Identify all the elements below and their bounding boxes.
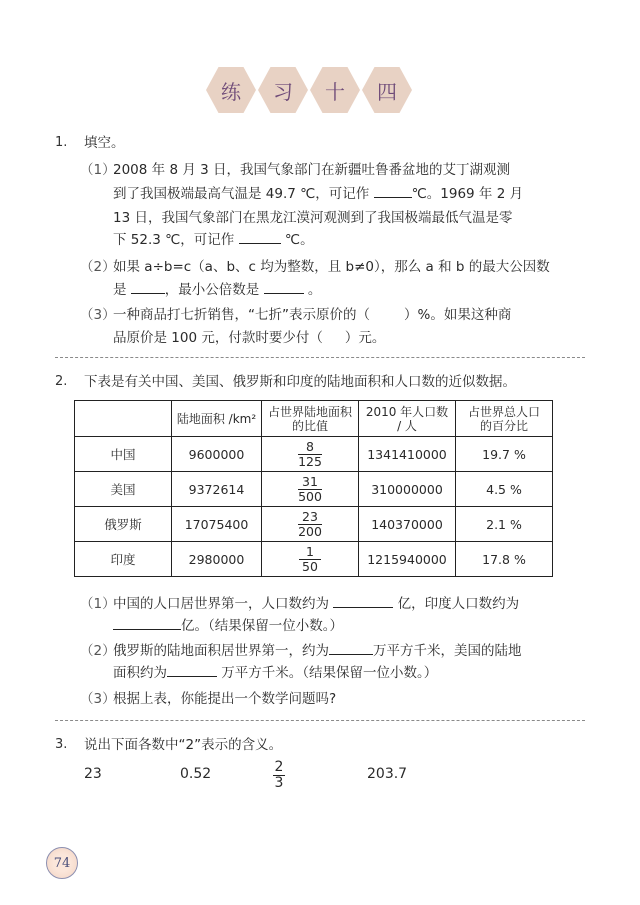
- fraction: 2 3: [273, 760, 285, 791]
- section-divider: [55, 357, 585, 358]
- question-text: 一种商品打七折销售，“七折”表示原价的（）%。如果这种商: [113, 304, 511, 326]
- ratio-cell: 8125: [262, 437, 359, 472]
- country-cell: 中国: [75, 437, 172, 472]
- country-cell: 美国: [75, 472, 172, 507]
- sub-question-label: （2）: [80, 256, 116, 278]
- numerator: 1: [306, 545, 314, 559]
- question-text: 到了我国极端最高气温是 49.7 ℃，可记作 ℃。1969 年 2 月: [113, 183, 523, 205]
- section-divider: [55, 720, 585, 721]
- number-item: 0.52: [180, 766, 211, 782]
- numerator: 8: [306, 440, 314, 454]
- sub-question-label: （1）: [80, 593, 116, 615]
- numerator: 23: [302, 510, 318, 524]
- header-text: / 人: [397, 419, 417, 433]
- ratio-cell: 150: [262, 542, 359, 577]
- fraction: 31500: [298, 475, 322, 504]
- question-prompt: 说出下面各数中“2”表示的含义。: [84, 734, 282, 756]
- header-text: 2010 年人口数: [366, 405, 448, 419]
- text-segment: ℃。: [285, 232, 314, 248]
- area-cell: 9372614: [172, 472, 262, 507]
- question-text: 面积约为 万平方千米。（结果保留一位小数。）: [113, 662, 437, 684]
- table-header-cell: 占世界陆地面积的比值: [262, 401, 359, 437]
- answer-blank[interactable]: [374, 183, 412, 198]
- question-text: 2008 年 8 月 3 日，我国气象部门在新疆吐鲁番盆地的艾丁湖观测: [113, 159, 510, 181]
- denominator: 200: [298, 525, 322, 539]
- percent-cell: 4.5 %: [456, 472, 553, 507]
- question-text: 下 52.3 ℃，可记作 ℃。: [113, 229, 314, 251]
- table-header-cell: 占世界总人口的百分比: [456, 401, 553, 437]
- population-cell: 1341410000: [359, 437, 456, 472]
- fraction: 8125: [298, 440, 322, 469]
- title-hexagon: 练: [206, 67, 256, 113]
- title-hexagon: 习: [258, 67, 308, 113]
- area-cell: 2980000: [172, 542, 262, 577]
- question-number: 3.: [55, 737, 67, 752]
- text-segment: 万平方千米，美国的陆地: [373, 643, 522, 659]
- text-segment: ）%。如果这种商: [404, 307, 511, 323]
- question-text: 中国的人口居世界第一，人口数约为 亿，印度人口数约为: [113, 593, 519, 615]
- text-segment: ，最小公倍数是: [165, 282, 260, 298]
- sub-question-label: （2）: [80, 640, 116, 662]
- question-text: 俄罗斯的陆地面积居世界第一，约为万平方千米，美国的陆地: [113, 640, 522, 662]
- population-cell: 140370000: [359, 507, 456, 542]
- country-cell: 印度: [75, 542, 172, 577]
- table-row: 俄罗斯 17075400 23200 140370000 2.1 %: [75, 507, 553, 542]
- question-text: 品原价是 100 元，付款时要少付（）元。: [113, 327, 385, 349]
- question-text: 13 日，我国气象部门在黑龙江漠河观测到了我国极端最低气温是零: [113, 207, 512, 229]
- text-segment: 亿。（结果保留一位小数。）: [181, 618, 343, 634]
- header-text: 占世界陆地面积: [268, 405, 352, 419]
- table-header-cell: 陆地面积 /km²: [172, 401, 262, 437]
- table-header-cell: [75, 401, 172, 437]
- question-number: 2.: [55, 374, 67, 389]
- sub-question-label: （3）: [80, 304, 116, 326]
- answer-blank[interactable]: [167, 662, 217, 677]
- text-segment: 到了我国极端最高气温是 49.7 ℃，可记作: [113, 186, 369, 202]
- question-prompt: 下表是有关中国、美国、俄罗斯和印度的陆地面积和人口数的近似数据。: [84, 371, 516, 393]
- title-hexagon: 十: [310, 67, 360, 113]
- text-segment: 俄罗斯的陆地面积居世界第一，约为: [113, 643, 329, 659]
- header-text: 占世界总人口: [468, 405, 540, 419]
- percent-cell: 19.7 %: [456, 437, 553, 472]
- question-prompt: 填空。: [84, 132, 125, 154]
- text-segment: 一种商品打七折销售，“七折”表示原价的（: [113, 307, 370, 323]
- country-cell: 俄罗斯: [75, 507, 172, 542]
- sub-question-label: （1）: [80, 159, 116, 181]
- population-cell: 310000000: [359, 472, 456, 507]
- question-text: 如果 a÷b=c（a、b、c 均为整数，且 b≠0），那么 a 和 b 的最大公…: [113, 256, 550, 278]
- question-text: 根据上表，你能提出一个数学问题吗?: [113, 688, 336, 710]
- answer-blank[interactable]: [131, 279, 165, 294]
- answer-blank[interactable]: [264, 279, 304, 294]
- denominator: 3: [275, 776, 284, 791]
- fraction: 150: [299, 545, 321, 574]
- table-row: 印度 2980000 150 1215940000 17.8 %: [75, 542, 553, 577]
- denominator: 50: [302, 560, 318, 574]
- ratio-cell: 23200: [262, 507, 359, 542]
- table-header-cell: 2010 年人口数/ 人: [359, 401, 456, 437]
- area-cell: 9600000: [172, 437, 262, 472]
- text-segment: 。: [308, 282, 322, 298]
- text-segment: ）元。: [345, 330, 386, 346]
- table-row: 中国 9600000 8125 1341410000 19.7 %: [75, 437, 553, 472]
- area-cell: 17075400: [172, 507, 262, 542]
- text-segment: 是: [113, 282, 127, 298]
- number-item: 23: [84, 766, 102, 782]
- numerator: 31: [302, 475, 318, 489]
- text-segment: 面积约为: [113, 665, 167, 681]
- answer-blank[interactable]: [239, 229, 281, 244]
- page-number-badge: 74: [46, 847, 78, 879]
- sub-question-label: （3）: [80, 688, 116, 710]
- question-number: 1.: [55, 135, 67, 150]
- numerator: 2: [275, 760, 284, 775]
- table-row: 美国 9372614 31500 310000000 4.5 %: [75, 472, 553, 507]
- denominator: 500: [298, 490, 322, 504]
- text-segment: 万平方千米。（结果保留一位小数。）: [221, 665, 437, 681]
- answer-blank[interactable]: [329, 640, 373, 655]
- fraction: 23200: [298, 510, 322, 539]
- ratio-cell: 31500: [262, 472, 359, 507]
- answer-blank[interactable]: [113, 615, 181, 630]
- text-segment: 品原价是 100 元，付款时要少付（: [113, 330, 323, 346]
- text-segment: ℃。1969 年 2 月: [412, 186, 523, 202]
- answer-blank[interactable]: [333, 593, 393, 608]
- header-text: 的百分比: [480, 419, 528, 433]
- header-text: 陆地面积 /km²: [177, 412, 256, 426]
- number-item: 203.7: [367, 766, 407, 782]
- text-segment: 中国的人口居世界第一，人口数约为: [113, 596, 329, 612]
- text-segment: 下 52.3 ℃，可记作: [113, 232, 234, 248]
- percent-cell: 17.8 %: [456, 542, 553, 577]
- data-table: 陆地面积 /km² 占世界陆地面积的比值 2010 年人口数/ 人 占世界总人口…: [74, 400, 553, 577]
- table-header-row: 陆地面积 /km² 占世界陆地面积的比值 2010 年人口数/ 人 占世界总人口…: [75, 401, 553, 437]
- header-text: 的比值: [292, 419, 328, 433]
- question-text: 亿。（结果保留一位小数。）: [113, 615, 343, 637]
- percent-cell: 2.1 %: [456, 507, 553, 542]
- title-hexagon: 四: [362, 67, 412, 113]
- text-segment: 亿，印度人口数约为: [398, 596, 520, 612]
- population-cell: 1215940000: [359, 542, 456, 577]
- question-text: 是 ，最小公倍数是 。: [113, 279, 321, 301]
- exercise-title: 练 习 十 四: [206, 67, 412, 113]
- denominator: 125: [298, 455, 322, 469]
- page-number: 74: [54, 856, 71, 871]
